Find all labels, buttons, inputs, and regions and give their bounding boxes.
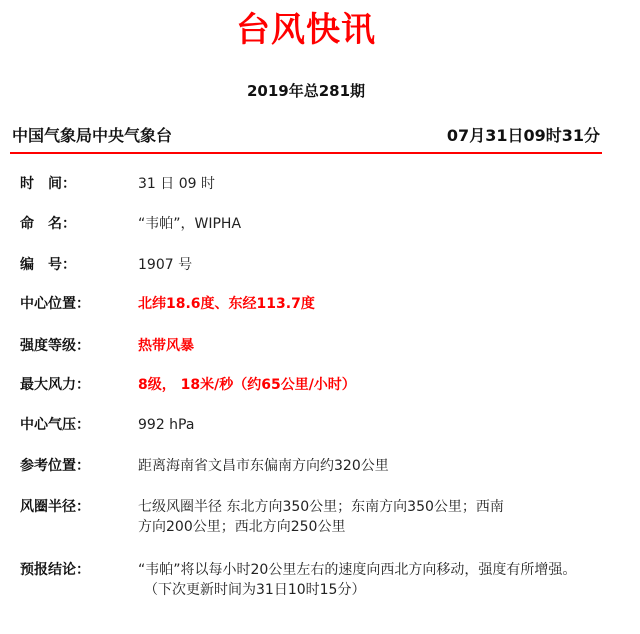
- field-value: 七级风圈半径 东北方向350公里；东南方向350公里；西南方向200公里；西北方…: [138, 497, 516, 537]
- field-value: 距离海南省文昌市东偏南方向约320公里: [138, 456, 584, 476]
- header-bar: 中国气象局中央气象台 07月31日09时31分: [10, 124, 602, 154]
- issued-time: 07月31日09时31分: [447, 126, 600, 146]
- forecast-text: “韦帕”将以每小时20公里左右的速度向西北方向移动，强度有所增强。: [138, 562, 576, 578]
- field-value: 8级， 18米/秒（约65公里/小时）: [138, 375, 584, 395]
- field-value: “韦帕”将以每小时20公里左右的速度向西北方向移动，强度有所增强。 （下次更新时…: [138, 560, 594, 600]
- field-label: 最大风力：: [20, 375, 140, 395]
- field-value: “韦帕”，WIPHA: [138, 214, 584, 234]
- field-label: 中心气压：: [20, 415, 140, 435]
- field-label: 强度等级：: [20, 336, 140, 356]
- field-label: 命 名：: [20, 214, 140, 234]
- field-label: 时 间：: [20, 174, 140, 194]
- page-title: 台风快讯: [0, 8, 612, 52]
- field-value: 北纬18.6度、东经113.7度: [138, 294, 584, 314]
- issue-number: 2019年总281期: [0, 80, 612, 102]
- field-label: 预报结论：: [20, 560, 140, 580]
- next-update-note: （下次更新时间为31日10时15分）: [138, 580, 594, 600]
- field-value: 1907 号: [138, 255, 584, 275]
- field-label: 风圈半径：: [20, 497, 140, 517]
- field-value: 992 hPa: [138, 415, 584, 435]
- field-label: 中心位置：: [20, 294, 140, 314]
- agency-name: 中国气象局中央气象台: [12, 126, 172, 146]
- field-value: 31 日 09 时: [138, 174, 584, 194]
- field-label: 参考位置：: [20, 456, 140, 476]
- field-value: 热带风暴: [138, 336, 584, 356]
- field-label: 编 号：: [20, 255, 140, 275]
